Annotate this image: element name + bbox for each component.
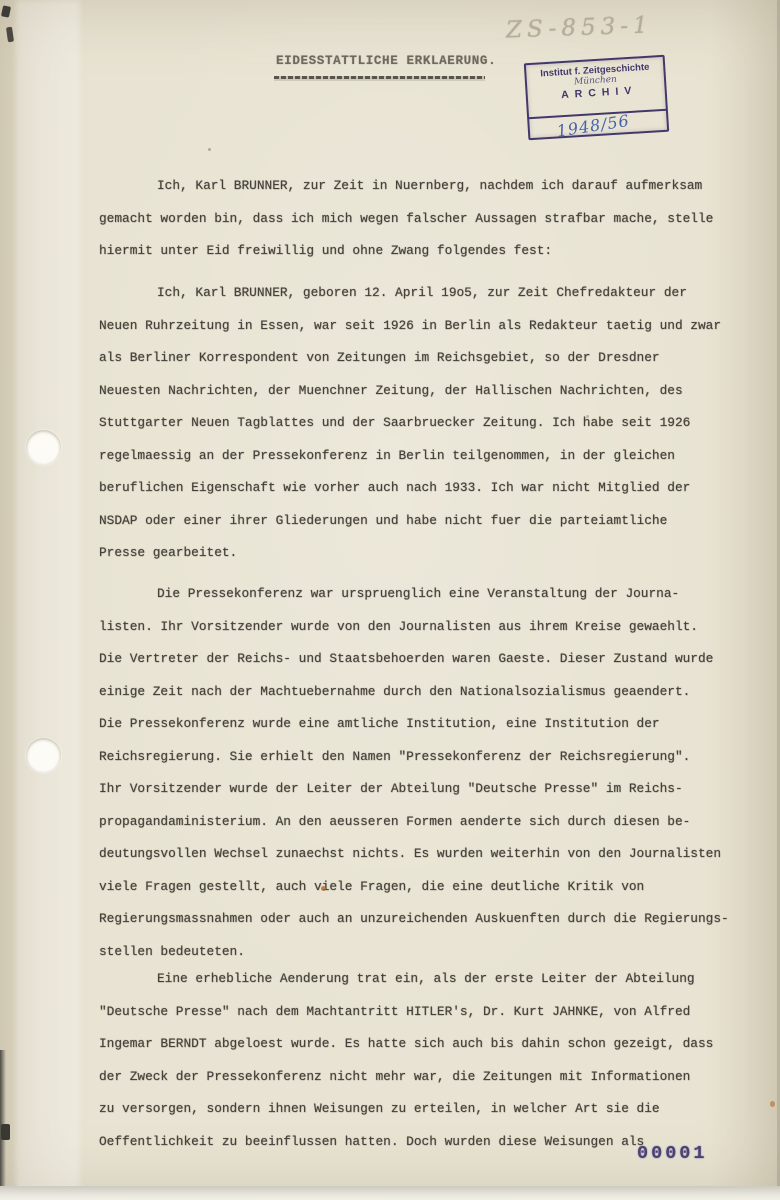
text-line: Die Pressekonferenz wurde eine amtliche … (99, 708, 744, 741)
punch-hole-top (26, 430, 61, 465)
text-line: Ingemar BERNDT abgeloest wurde. Es hatte… (99, 1028, 744, 1061)
text-line: deutungsvollen Wechsel zunaechst nichts.… (99, 838, 744, 871)
text-line: Presse gearbeitet. (99, 537, 744, 570)
text-line: regelmaessig an der Pressekonferenz in B… (99, 440, 744, 473)
paper-speck (770, 1101, 775, 1107)
text-line: Eine erhebliche Aenderung trat ein, als … (99, 963, 744, 996)
scan-corner-mark (1, 5, 11, 17)
title-underline (274, 76, 485, 79)
text-line: Neuen Ruhrzeitung in Essen, war seit 192… (99, 310, 744, 343)
paper-speck (208, 148, 211, 151)
text-line: hiermit unter Eid freiwillig und ohne Zw… (99, 235, 744, 268)
text-line: Regierungsmassnahmen oder auch an unzure… (99, 903, 744, 936)
text-line: viele Fragen gestellt, auch viele Fragen… (99, 871, 744, 904)
paper-crease (16, 0, 80, 1200)
scan-corner-mark (1, 1124, 10, 1140)
text-line: Die Pressekonferenz war urspruenglich ei… (99, 578, 744, 611)
text-line: "Deutsche Presse" nach dem Machtantritt … (99, 996, 744, 1029)
paragraph-oath-intro: Ich, Karl BRUNNER, zur Zeit in Nuernberg… (99, 170, 744, 268)
text-line: listen. Ihr Vorsitzender wurde von den J… (99, 611, 744, 644)
text-line: Neuesten Nachrichten, der Muenchner Zeit… (99, 375, 744, 408)
text-line: Stuttgarter Neuen Tagblattes und der Saa… (99, 407, 744, 440)
text-line: einige Zeit nach der Machtuebernahme dur… (99, 676, 744, 709)
paragraph-biography: Ich, Karl BRUNNER, geboren 12. April 19o… (99, 277, 744, 570)
text-line: beruflichen Eigenschaft wie vorher auch … (99, 472, 744, 505)
paper-speck (321, 886, 326, 891)
paragraph-pressekonferenz: Die Pressekonferenz war urspruenglich ei… (99, 578, 744, 968)
paragraph-aenderung: Eine erhebliche Aenderung trat ein, als … (99, 963, 744, 1158)
punch-hole-bottom (26, 738, 61, 773)
catalog-number-handwritten: ZS-853-1 (506, 11, 707, 44)
text-line: gemacht worden bin, dass ich mich wegen … (99, 203, 744, 236)
archive-stamp: Institut f. Zeitgeschichte München ARCHI… (524, 55, 669, 140)
text-line: zu versorgen, sondern ihnen Weisungen zu… (99, 1093, 744, 1126)
text-line: Ihr Vorsitzender wurde der Leiter der Ab… (99, 773, 744, 806)
text-line: Ich, Karl BRUNNER, zur Zeit in Nuernberg… (99, 170, 744, 203)
document-title: EIDESSTATTLICHE ERKLAERUNG. (276, 54, 496, 68)
scan-corner-mark (6, 27, 14, 43)
text-line: Ich, Karl BRUNNER, geboren 12. April 19o… (99, 277, 744, 310)
text-line: Die Vertreter der Reichs- und Staatsbeho… (99, 643, 744, 676)
sheet-number-stamp: 00001 (637, 1143, 708, 1164)
text-line: der Zweck der Pressekonferenz nicht mehr… (99, 1061, 744, 1094)
text-line: Reichsregierung. Sie erhielt den Namen "… (99, 741, 744, 774)
text-line: propagandaministerium. An den aeusseren … (99, 806, 744, 839)
document-page: ZS-853-1 EIDESSTATTLICHE ERKLAERUNG. Ins… (0, 0, 780, 1200)
text-line: NSDAP oder einer ihrer Gliederungen und … (99, 505, 744, 538)
paper-speck (586, 415, 589, 418)
text-line: als Berliner Korrespondent von Zeitungen… (99, 342, 744, 375)
paper-speck (132, 1013, 135, 1016)
scanner-bottom-strip (0, 1186, 780, 1200)
